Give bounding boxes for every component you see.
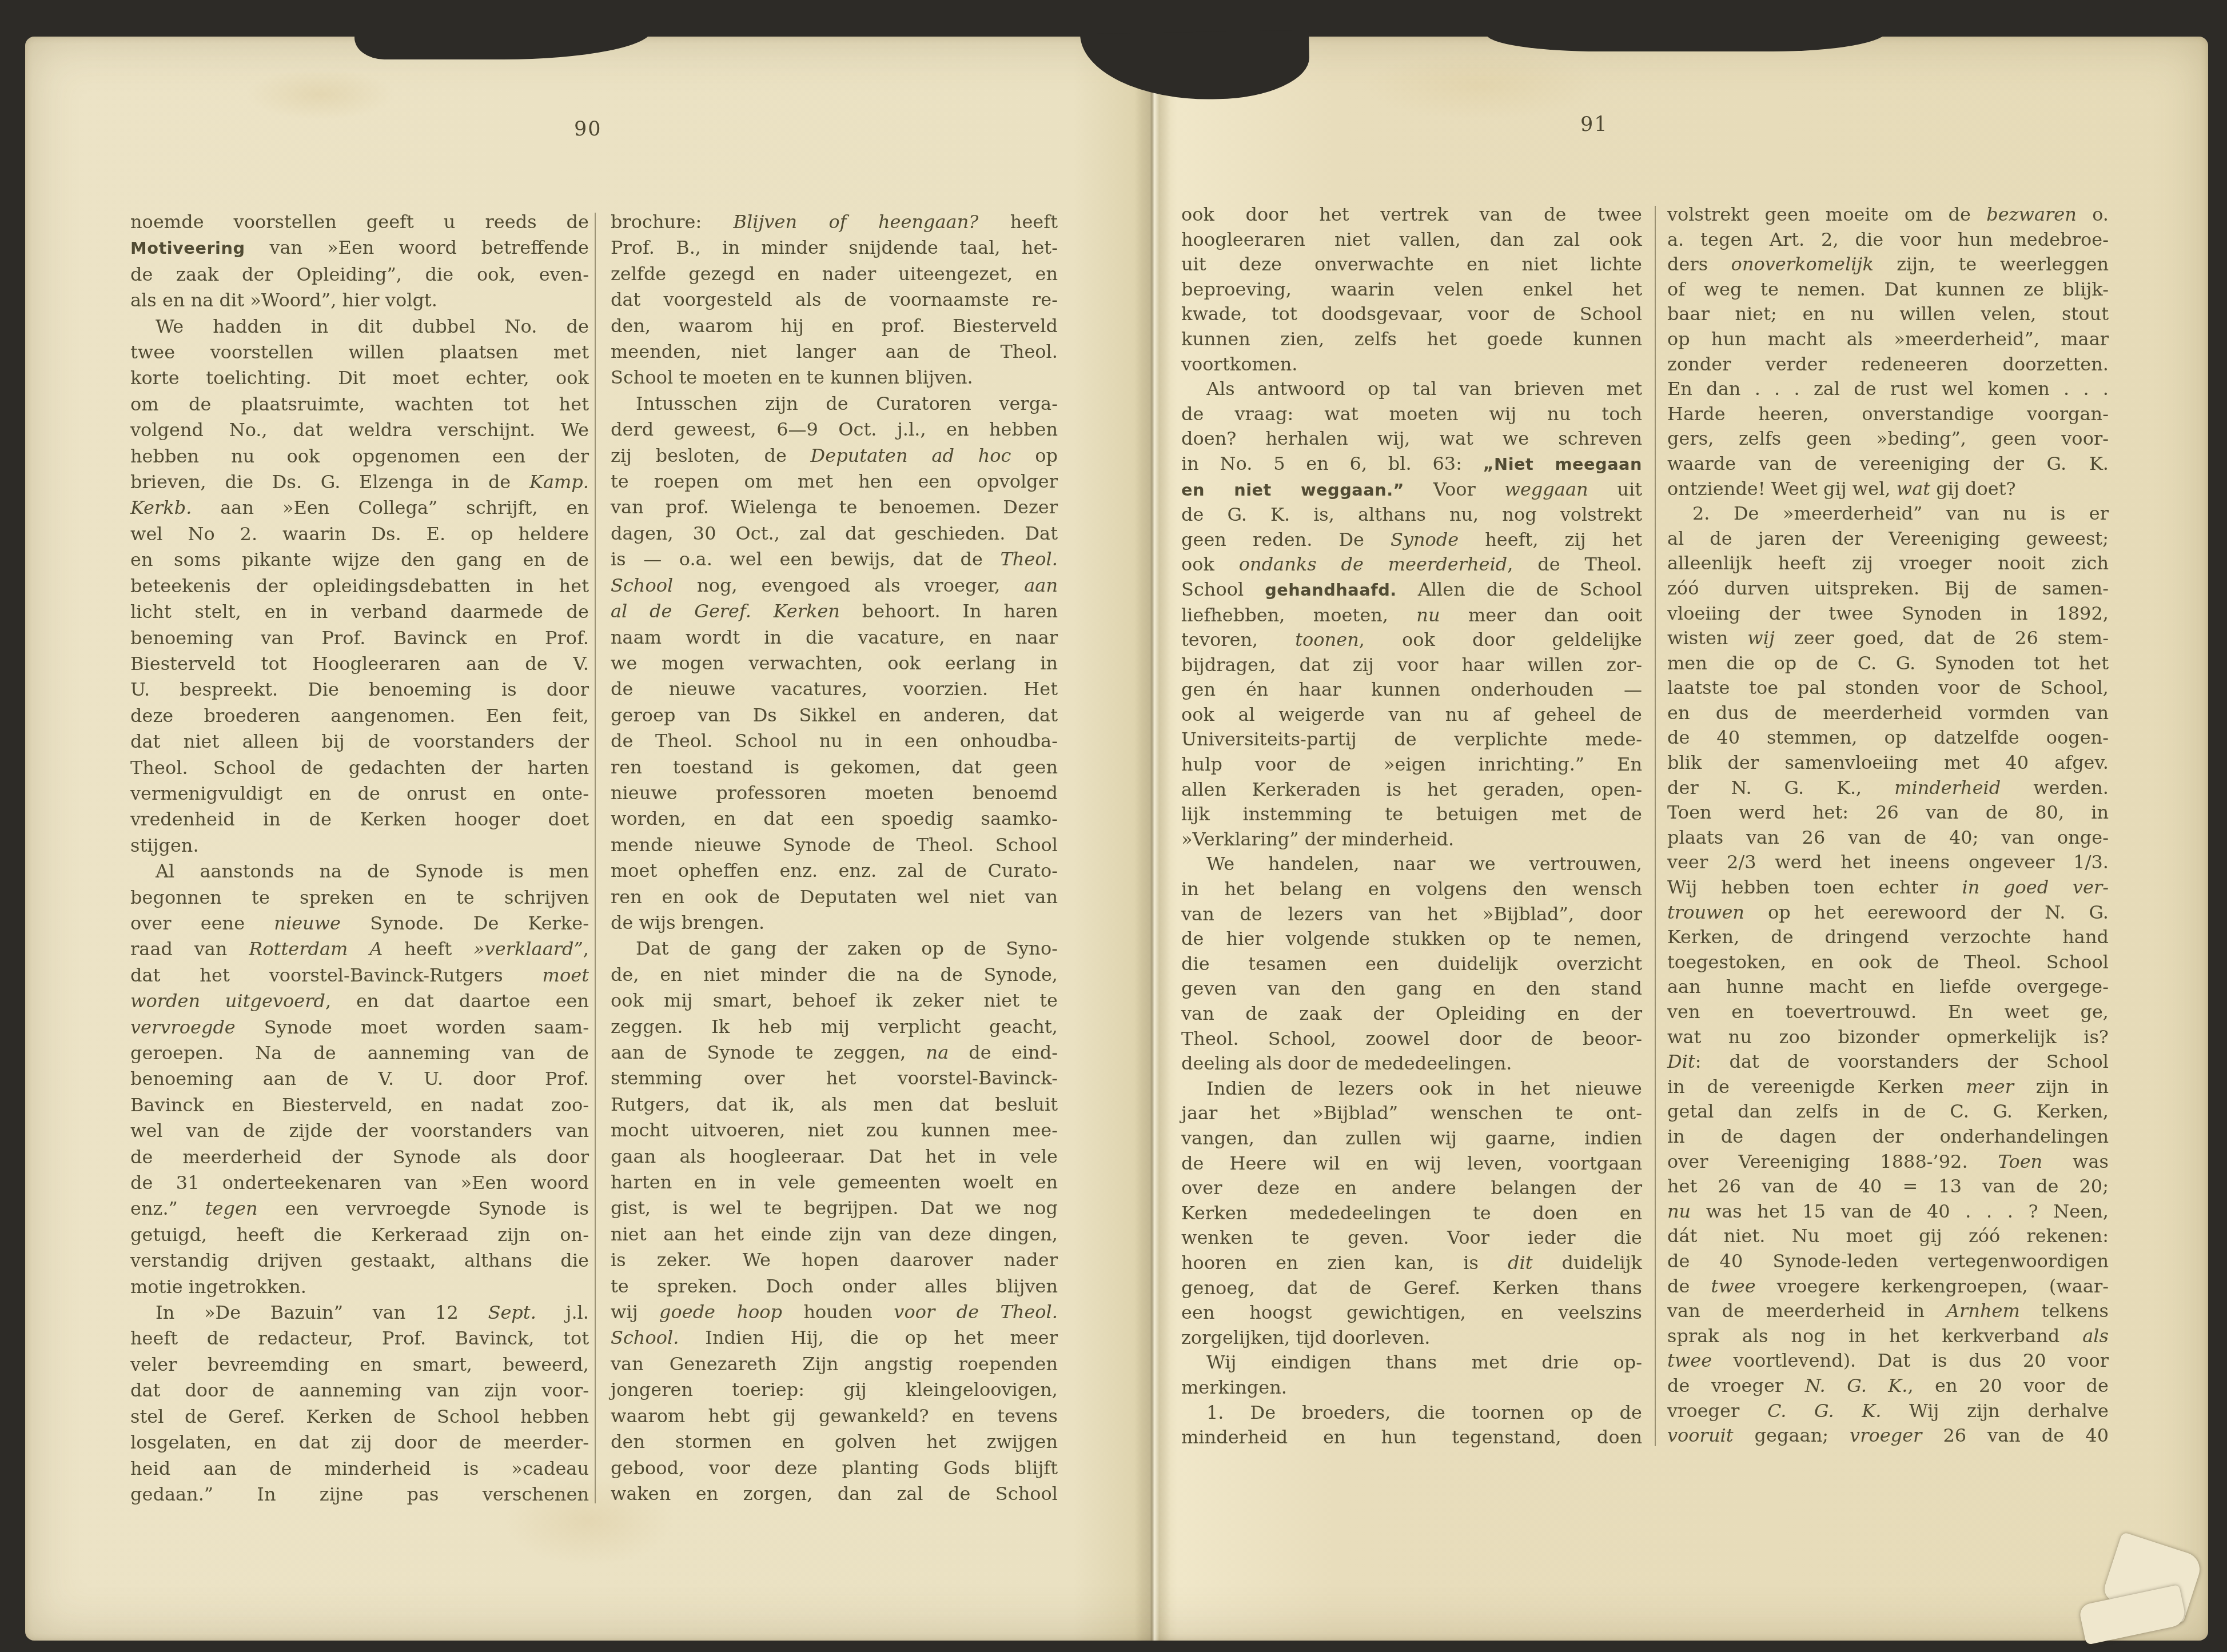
- text-line: vermenigvuldigt en de onrust en onte-: [130, 781, 589, 807]
- text-line: Theol. School, zoowel door de beoor-: [1181, 1027, 1642, 1052]
- text-line: in No. 5 en 6, bl. 63: „Niet meegaan: [1181, 452, 1642, 477]
- text-line: 2. De »meerderheid” van nu is er: [1667, 501, 2109, 526]
- text-line: geroep van Ds Sikkel en anderen, dat: [611, 703, 1058, 728]
- text-line: laatste toe pal stonden voor de School,: [1667, 676, 2109, 701]
- text-line: de Theol. School nu in een onhoudba-: [611, 728, 1058, 754]
- text-line: in het belang en volgens den wensch: [1181, 877, 1642, 902]
- text-line: enz.” tegen een vervroegde Synode is: [130, 1196, 589, 1222]
- text-line: van Genezareth Zijn angstig roependen: [611, 1351, 1058, 1377]
- text-line: te roepen om met hen een opvolger: [611, 469, 1058, 494]
- text-line: de vraag: wat moeten wij nu toch: [1181, 402, 1642, 427]
- text-line: zonder verder redeneeren doorzetten.: [1667, 352, 2109, 377]
- page-90-column-2: brochure: Blijven of heengaan? heeftProf…: [611, 209, 1058, 1507]
- text-line: plaats van 26 van de 40; van onge-: [1667, 825, 2109, 851]
- text-line: Bavinck en Biesterveld, en nadat zoo-: [130, 1092, 589, 1118]
- text-line: ook ondanks de meerderheid, de Theol.: [1181, 552, 1642, 577]
- text-line: twee voorstellen willen plaatsen met: [130, 340, 589, 365]
- text-line: de twee vroegere kerkengroepen, (waar-: [1667, 1274, 2109, 1299]
- text-line: hulp voor de »eigen inrichting.” En: [1181, 752, 1642, 777]
- text-line: te spreken. Doch onder alles blijven: [611, 1274, 1058, 1299]
- text-line: doen? herhalen wij, wat we schreven: [1181, 426, 1642, 452]
- text-line: veer 2/3 werd het ineens ongeveer 1/3.: [1667, 850, 2109, 875]
- text-line: en niet weggaan.” Voor weggaan uit: [1181, 477, 1642, 503]
- text-line: in de dagen der onderhandelingen: [1667, 1124, 2109, 1150]
- text-line: vervroegde Synode moet worden saam-: [130, 1015, 589, 1040]
- text-line: die tesamen een duidelijk overzicht: [1181, 952, 1642, 977]
- text-line: heid aan de minderheid is »cadeau: [130, 1456, 589, 1482]
- text-line: jaar het »Bijblad” wenschen te ont-: [1181, 1101, 1642, 1126]
- text-line: meenden, niet langer aan de Theol.: [611, 339, 1058, 365]
- text-line: ren en ook de Deputaten wel niet van: [611, 884, 1058, 910]
- text-line: naam wordt in die vacature, en naar: [611, 625, 1058, 651]
- text-line: op hun macht als »meerderheid”, maar: [1667, 327, 2109, 352]
- text-line: derd geweest, 6—9 Oct. j.l., en hebben: [611, 417, 1058, 442]
- text-line: getuigd, heeft die Kerkeraad zijn on-: [130, 1222, 589, 1248]
- text-line: of weg te nemen. Dat kunnen ze blijk-: [1667, 277, 2109, 302]
- text-line: dat door de aanneming van zijn voor-: [130, 1378, 589, 1403]
- text-line: dát niet. Nu moet gij zóó rekenen:: [1667, 1224, 2109, 1249]
- scanned-book-spread: 90 noemde voorstellen geeft u reeds deMo…: [0, 0, 2227, 1652]
- text-line: jongeren toeriep: gij kleingeloovigen,: [611, 1377, 1058, 1403]
- text-line: bijdragen, dat zij voor haar willen zor-: [1181, 653, 1642, 678]
- text-line: de zaak der Opleiding”, die ook, even-: [130, 262, 589, 288]
- text-line: Toen werd het: 26 van de 80, in: [1667, 800, 2109, 825]
- text-line: gers, zelfs geen »beding”, geen voor-: [1667, 426, 2109, 452]
- text-line: vloeiing der twee Synoden in 1892,: [1667, 601, 2109, 627]
- text-line: geroepen. Na de aanneming van de: [130, 1040, 589, 1066]
- text-line: geven van den gang en den stand: [1181, 976, 1642, 1001]
- text-line: trouwen op het eerewoord der N. G.: [1667, 900, 2109, 925]
- text-line: benoeming van Prof. Bavinck en Prof.: [130, 625, 589, 651]
- text-line: gist, is wel te begrijpen. Dat we nog: [611, 1195, 1058, 1221]
- text-line: in de vereenigde Kerken meer zijn in: [1667, 1075, 2109, 1100]
- text-line: heeft de redacteur, Prof. Bavinck, tot: [130, 1326, 589, 1351]
- text-line: ven en toevertrouwd. En weet ge,: [1667, 1000, 2109, 1025]
- text-line: aan hunne macht en liefde overgege-: [1667, 975, 2109, 1000]
- text-line: den stormen en golven het zwijgen: [611, 1429, 1058, 1455]
- text-line: minderheid en hun tegenstand, doen: [1181, 1425, 1642, 1450]
- text-line: wisten wij zeer goed, dat de 26 stem-: [1667, 626, 2109, 651]
- text-line: Kerken mededeelingen te doen en: [1181, 1201, 1642, 1226]
- text-line: van prof. Wielenga te benoemen. Dezer: [611, 494, 1058, 520]
- text-line: zij besloten, de Deputaten ad hoc op: [611, 443, 1058, 469]
- text-line: gaan als hoogleeraar. Dat het in vele: [611, 1144, 1058, 1170]
- text-line: blik der samenvloeiing met 40 afgev.: [1667, 751, 2109, 776]
- text-line: twee voortlevend). Dat is dus 20 voor: [1667, 1348, 2109, 1374]
- column-divider: [1655, 206, 1656, 1446]
- text-line: ders onoverkomelijk zijn, te weerleggen: [1667, 252, 2109, 277]
- text-line: vangen, dan zullen wij gaarne, indien: [1181, 1126, 1642, 1151]
- text-line: deeling als door de mededeelingen.: [1181, 1051, 1642, 1076]
- text-line: ook door het vertrek van de twee: [1181, 202, 1642, 228]
- text-line: de 40 stemmen, op datzelfde oogen-: [1667, 725, 2109, 751]
- page-90-column-1: noemde voorstellen geeft u reeds deMotiv…: [130, 209, 589, 1507]
- text-line: we mogen verwachten, ook eerlang in: [611, 651, 1058, 676]
- text-line: zóó durven uitspreken. Bij de samen-: [1667, 576, 2109, 601]
- text-line: de 31 onderteekenaren van »Een woord: [130, 1170, 589, 1196]
- text-line: zeggen. Ik heb mij verplicht geacht,: [611, 1014, 1058, 1040]
- text-line: al de Geref. Kerken behoort. In haren: [611, 598, 1058, 624]
- text-line: a. tegen Art. 2, die voor hun medebroe-: [1667, 228, 2109, 253]
- text-line: motie ingetrokken.: [130, 1274, 589, 1300]
- text-line: harten en in vele gemeenten woelt en: [611, 1170, 1058, 1195]
- text-line: sprak als nog in het kerkverband als: [1667, 1324, 2109, 1349]
- text-line: tevoren, toonen, ook door geldelijke: [1181, 628, 1642, 653]
- text-line: over Vereeniging 1888-’92. Toen was: [1667, 1150, 2109, 1175]
- text-line: om de plaatsruimte, wachten tot het: [130, 392, 589, 417]
- text-line: Al aanstonds na de Synode is men: [130, 859, 589, 884]
- text-line: School. Indien Hij, die op het meer: [611, 1325, 1058, 1351]
- text-line: stel de Geref. Kerken de School hebben: [130, 1404, 589, 1430]
- text-line: dat niet alleen bij de voorstanders der: [130, 729, 589, 755]
- text-line: En dan . . . zal de rust wel komen . . .: [1667, 377, 2109, 402]
- text-line: Indien de lezers ook in het nieuwe: [1181, 1076, 1642, 1102]
- text-line: worden, en dat een spoedig saamko-: [611, 806, 1058, 832]
- text-line: Intusschen zijn de Curatoren verga-: [611, 391, 1058, 417]
- text-line: en dus de meerderheid vormden van: [1667, 701, 2109, 726]
- text-line: volstrekt geen moeite om de bezwaren o.: [1667, 202, 2109, 228]
- text-line: geen reden. De Synode heeft, zij het: [1181, 528, 1642, 553]
- text-line: brochure: Blijven of heengaan? heeft: [611, 209, 1058, 235]
- text-line: zorgelijken, tijd doorleven.: [1181, 1326, 1642, 1351]
- text-line: kwade, tot doodsgevaar, voor de School: [1181, 302, 1642, 327]
- text-line: raad van Rotterdam A heeft »verklaard”,: [130, 936, 589, 962]
- text-line: zelfde gezegd en nader uiteengezet, en: [611, 261, 1058, 287]
- text-line: waarde van de vereeniging der G. K.: [1667, 452, 2109, 477]
- text-line: 1. De broeders, die toornen op de: [1181, 1400, 1642, 1426]
- text-line: Biesterveld tot Hoogleeraren aan de V.: [130, 651, 589, 677]
- text-line: mocht uitvoeren, niet zou kunnen mee-: [611, 1118, 1058, 1143]
- text-line: volgend No., dat weldra verschijnt. We: [130, 417, 589, 443]
- text-line: Prof. B., in minder snijdende taal, het-: [611, 235, 1058, 261]
- gutter-crease: [1134, 37, 1171, 1641]
- text-line: Universiteits-partij de verplichte mede-: [1181, 727, 1642, 752]
- text-line: genoeg, dat de Geref. Kerken thans: [1181, 1276, 1642, 1301]
- text-line: is — o.a. wel een bewijs, dat de Theol.: [611, 546, 1058, 572]
- text-line: Dit: dat de voorstanders der School: [1667, 1050, 2109, 1075]
- text-line: de meerderheid der Synode als door: [130, 1144, 589, 1170]
- text-line: het 26 van de 40 = 13 van de 20;: [1667, 1174, 2109, 1199]
- text-line: merkingen.: [1181, 1375, 1642, 1400]
- text-line: vooruit gegaan; vroeger 26 van de 40: [1667, 1423, 2109, 1449]
- text-line: wij goede hoop houden voor de Theol.: [611, 1299, 1058, 1325]
- text-line: verstandig drijven gestaakt, althans die: [130, 1248, 589, 1274]
- text-line: alleenlijk heeft zij vroeger nooit zich: [1667, 551, 2109, 576]
- text-line: hebben nu ook opgenomen een der: [130, 444, 589, 469]
- text-line: In »De Bazuin” van 12 Sept. j.l.: [130, 1300, 589, 1326]
- text-line: gebood, voor deze planting Gods blijft: [611, 1455, 1058, 1481]
- text-line: moet opheffen enz. enz. zal de Curato-: [611, 858, 1058, 884]
- text-line: al de jaren der Vereeniging geweest;: [1667, 526, 2109, 552]
- text-line: Kerken, de dringend verzochte hand: [1667, 925, 2109, 950]
- text-line: stemming over het voorstel-Bavinck-: [611, 1066, 1058, 1091]
- text-line: ontziende! Weet gij wel, wat gij doet?: [1667, 477, 2109, 502]
- text-line: als en na dit »Woord”, hier volgt.: [130, 288, 589, 313]
- text-line: We hadden in dit dubbel No. de: [130, 314, 589, 340]
- text-line: gedaan.” In zijne pas verschenen: [130, 1482, 589, 1507]
- text-line: de Heere wil en wij leven, voortgaan: [1181, 1151, 1642, 1176]
- text-line: waarom hebt gij gewankeld? en tevens: [611, 1403, 1058, 1429]
- text-line: Theol. School de gedachten der harten: [130, 755, 589, 781]
- text-line: Dat de gang der zaken op de Syno-: [611, 936, 1058, 961]
- text-line: benoeming aan de V. U. door Prof.: [130, 1066, 589, 1092]
- text-line: den, waarom hij en prof. Biesterveld: [611, 313, 1058, 339]
- text-line: van de meerderheid in Arnhem telkens: [1667, 1299, 2109, 1324]
- text-line: beteekenis der opleidingsdebatten in het: [130, 573, 589, 599]
- text-line: wat nu zoo bizonder opmerkelijk is?: [1667, 1025, 2109, 1050]
- text-line: liefhebben, moeten, nu meer dan ooit: [1181, 603, 1642, 628]
- text-line: vroeger C. G. K. Wij zijn derhalve: [1667, 1399, 2109, 1424]
- text-line: U. bespreekt. Die benoeming is door: [130, 677, 589, 703]
- text-line: der N. G. K., minderheid werden.: [1667, 776, 2109, 801]
- torn-edge-notch: [1487, 29, 1887, 51]
- text-line: dagen, 30 Oct., zal dat geschieden. Dat: [611, 521, 1058, 546]
- text-line: Kerkb. aan »Een Collega” schrijft, en: [130, 495, 589, 521]
- text-line: licht stelt, en in verband daarmede de: [130, 599, 589, 625]
- column-divider: [595, 213, 596, 1503]
- text-line: School gehandhaafd. Allen die de School: [1181, 577, 1642, 603]
- text-line: korte toelichting. Dit moet echter, ook: [130, 365, 589, 391]
- text-line: allen Kerkeraden is het geraden, open-: [1181, 777, 1642, 803]
- text-line: Rutgers, dat ik, als men dat besluit: [611, 1092, 1058, 1118]
- text-line: de nieuwe vacatures, voorzien. Het: [611, 676, 1058, 702]
- text-line: beproeving, waarin velen enkel het: [1181, 277, 1642, 302]
- text-line: Wij eindigen thans met drie op-: [1181, 1350, 1642, 1375]
- text-line: We handelen, naar we vertrouwen,: [1181, 852, 1642, 877]
- text-line: veler bevreemding en smart, beweerd,: [130, 1352, 589, 1378]
- text-line: een hoogst gewichtigen, en veelszins: [1181, 1300, 1642, 1326]
- text-line: waken en zorgen, dan zal de School: [611, 1481, 1058, 1507]
- text-line: gen én haar kunnen onderhouden —: [1181, 677, 1642, 703]
- text-line: School nog, evengoed als vroeger, aan: [611, 573, 1058, 598]
- text-line: over deze en andere belangen der: [1181, 1176, 1642, 1201]
- text-line: dat voorgesteld als de voornaamste re-: [611, 287, 1058, 313]
- text-line: Harde heeren, onverstandige voorgan-: [1667, 402, 2109, 427]
- text-line: worden uitgevoerd, en dat daartoe een: [130, 988, 589, 1014]
- text-line: de vroeger N. G. K., en 20 voor de: [1667, 1374, 2109, 1399]
- text-line: Als antwoord op tal van brieven met: [1181, 377, 1642, 402]
- page-number-left: 90: [574, 118, 602, 141]
- text-line: ook mij smart, behoef ik zeker niet te: [611, 988, 1058, 1013]
- text-line: vredenheid in de Kerken hooger doet: [130, 807, 589, 832]
- text-line: wel van de zijde der voorstanders van: [130, 1118, 589, 1144]
- text-line: deze broederen aangenomen. Een feit,: [130, 703, 589, 729]
- text-line: ren toestand is gekomen, dat geen: [611, 755, 1058, 780]
- text-line: begonnen te spreken en te schrijven: [130, 885, 589, 911]
- text-line: niet aan het einde zijn van deze dingen,: [611, 1222, 1058, 1247]
- text-line: Motiveering van »Een woord betreffende: [130, 235, 589, 261]
- text-line: baar niet; en nu willen velen, stout: [1667, 302, 2109, 327]
- text-line: van de zaak der Opleiding en der: [1181, 1001, 1642, 1027]
- text-line: en soms pikante wijze den gang en de: [130, 547, 589, 573]
- text-line: kunnen zien, zelfs het goede kunnen: [1181, 327, 1642, 352]
- text-line: lijk instemming te betuigen met de: [1181, 802, 1642, 827]
- text-line: is zeker. We hopen daarover nader: [611, 1247, 1058, 1273]
- text-line: getal dan zelfs in de C. G. Kerken,: [1667, 1099, 2109, 1124]
- text-line: van de lezers van het »Bijblad”, door: [1181, 902, 1642, 927]
- text-line: losgelaten, en dat zij door de meerder-: [130, 1430, 589, 1455]
- text-line: mende nieuwe Synode de Theol. School: [611, 832, 1058, 858]
- text-line: Wij hebben toen echter in goed ver-: [1667, 875, 2109, 900]
- text-line: uit deze onverwachte en niet lichte: [1181, 252, 1642, 277]
- page-91-column-1: ook door het vertrek van de tweehoogleer…: [1181, 202, 1642, 1450]
- text-line: voortkomen.: [1181, 352, 1642, 377]
- page-number-right: 91: [1580, 113, 1608, 136]
- text-line: toegestoken, en ook de Theol. School: [1667, 950, 2109, 975]
- text-line: men die op de C. G. Synoden tot het: [1667, 651, 2109, 676]
- text-line: ook al weigerde van nu af geheel de: [1181, 703, 1642, 728]
- text-line: de 40 Synode-leden vertegenwoordigen: [1667, 1249, 2109, 1274]
- text-line: de G. K. is, althans nu, nog volstrekt: [1181, 502, 1642, 528]
- text-line: de wijs brengen.: [611, 910, 1058, 936]
- text-line: wel No 2. waarin Ds. E. op heldere: [130, 521, 589, 547]
- text-line: School te moeten en te kunnen blijven.: [611, 365, 1058, 390]
- text-line: hoogleeraren niet vallen, dan zal ook: [1181, 228, 1642, 253]
- text-line: wenken te geven. Voor ieder die: [1181, 1226, 1642, 1251]
- text-line: over eene nieuwe Synode. De Kerke-: [130, 911, 589, 936]
- text-line: de, en niet minder die na de Synode,: [611, 962, 1058, 988]
- text-line: nu was het 15 van de 40 . . . ? Neen,: [1667, 1199, 2109, 1224]
- text-line: dat het voorstel-Bavinck-Rutgers moet: [130, 963, 589, 988]
- text-line: »Verklaring” der minderheid.: [1181, 827, 1642, 852]
- text-line: aan de Synode te zeggen, na de eind-: [611, 1040, 1058, 1066]
- text-line: hooren en zien kan, is dit duidelijk: [1181, 1251, 1642, 1276]
- text-line: brieven, die Ds. G. Elzenga in de Kamp.: [130, 469, 589, 495]
- text-line: noemde voorstellen geeft u reeds de: [130, 209, 589, 235]
- page-91-column-2: volstrekt geen moeite om de bezwaren o.a…: [1667, 202, 2109, 1449]
- text-line: de hier volgende stukken op te nemen,: [1181, 927, 1642, 952]
- text-line: stijgen.: [130, 833, 589, 859]
- text-line: nieuwe professoren moeten benoemd: [611, 780, 1058, 806]
